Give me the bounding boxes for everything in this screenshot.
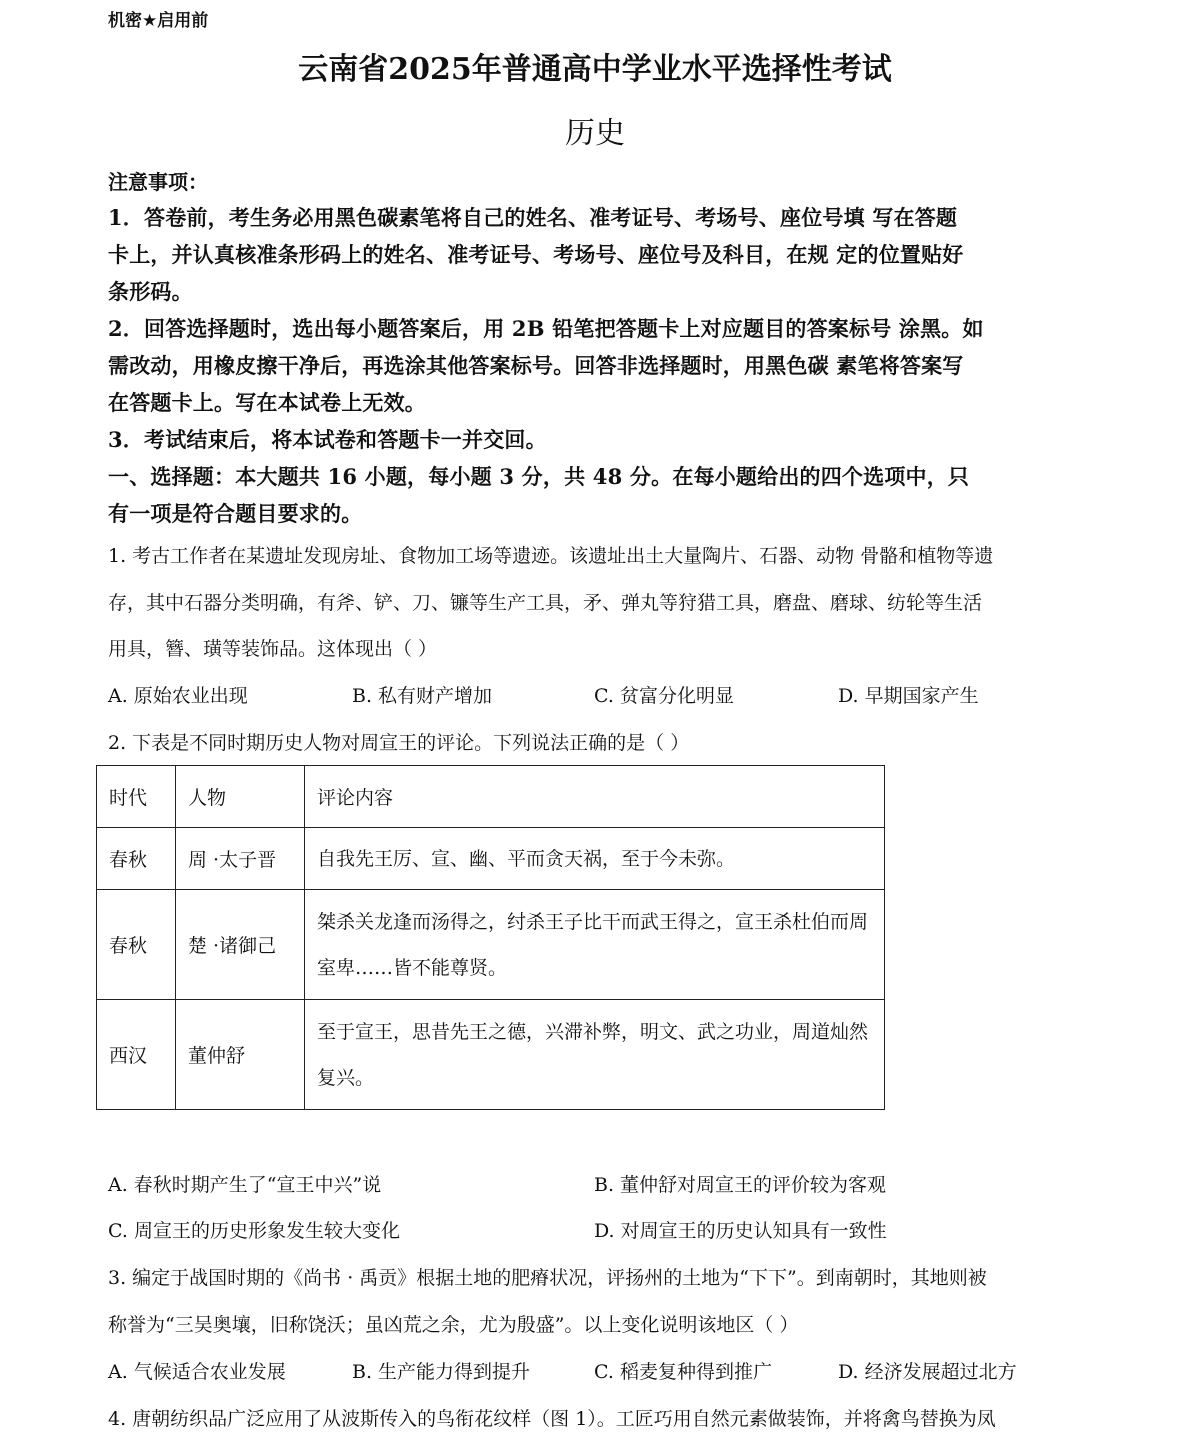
question-2-option-b: B. 董仲舒对周宣王的评价较为客观 <box>594 1170 886 1197</box>
table-header-row: 时代 人物 评论内容 <box>97 766 885 828</box>
table-cell-era: 春秋 <box>97 828 176 890</box>
table-cell-person: 楚 ·诸御己 <box>176 890 305 1000</box>
question-4-text: 4. 唐朝纺织品广泛应用了从波斯传入的鸟衔花纹样（图 1）。工匠巧用自然元素做装… <box>108 1404 996 1431</box>
table-cell-person: 董仲舒 <box>176 1000 305 1110</box>
question-3-option-c: C. 稻麦复种得到推广 <box>594 1357 772 1384</box>
commentary-table: 时代 人物 评论内容 春秋 周 ·太子晋 自我先王厉、宣、幽、平而贪天祸，至于今… <box>96 765 885 1110</box>
question-1-text: 1. 考古工作者在某遗址发现房址、食物加工场等遗迹。该遗址出土大量陶片、石器、动… <box>108 541 993 568</box>
table-cell-comment: 桀杀关龙逢而汤得之，纣杀王子比干而武王得之，宣王杀杜伯而周室卑……皆不能尊贤。 <box>305 890 885 1000</box>
table-header: 人物 <box>176 766 305 828</box>
table-row: 西汉 董仲舒 至于宣王，思昔先王之德，兴滞补弊，明文、武之功业，周道灿然复兴。 <box>97 1000 885 1110</box>
section-heading: 一、选择题：本大题共 16 小题，每小题 3 分，共 48 分。在每小题给出的四… <box>108 461 969 491</box>
notice-line: 卡上，并认真核准条形码上的姓名、准考证号、考场号、座位号及科目，在规 定的位置贴… <box>108 239 964 269</box>
table-cell-person: 周 ·太子晋 <box>176 828 305 890</box>
question-1-text: 存，其中石器分类明确，有斧、铲、刀、镰等生产工具，矛、弹丸等狩猎工具，磨盘、磨球… <box>108 588 982 615</box>
notice-line: 3．考试结束后，将本试卷和答题卡一并交回。 <box>108 424 547 454</box>
notice-line: 2．回答选择题时，选出每小题答案后，用 2B 铅笔把答题卡上对应题目的答案标号 … <box>108 313 984 343</box>
notice-line: 1．答卷前，考生务必用黑色碳素笔将自己的姓名、准考证号、考场号、座位号填 写在答… <box>108 202 957 232</box>
question-3-text: 称誉为“三吴奥壤，旧称饶沃；虽凶荒之余，尤为殷盛”。以上变化说明该地区（ ） <box>108 1310 798 1337</box>
table-cell-comment: 自我先王厉、宣、幽、平而贪天祸，至于今未弥。 <box>305 828 885 890</box>
table-cell-comment: 至于宣王，思昔先王之德，兴滞补弊，明文、武之功业，周道灿然复兴。 <box>305 1000 885 1110</box>
question-1-text: 用具，簪、璜等装饰品。这体现出（ ） <box>108 634 437 661</box>
question-1-option-d: D. 早期国家产生 <box>838 681 979 708</box>
subject-title: 历史 <box>0 108 1190 152</box>
question-2-option-d: D. 对周宣王的历史认知具有一致性 <box>594 1216 887 1243</box>
question-1-option-c: C. 贫富分化明显 <box>594 681 734 708</box>
question-1-option-a: A. 原始农业出现 <box>108 681 248 708</box>
table-header: 时代 <box>97 766 176 828</box>
notice-line: 在答题卡上。写在本试卷上无效。 <box>108 387 426 417</box>
table-row: 春秋 楚 ·诸御己 桀杀关龙逢而汤得之，纣杀王子比干而武王得之，宣王杀杜伯而周室… <box>97 890 885 1000</box>
table-header: 评论内容 <box>305 766 885 828</box>
question-2-option-c: C. 周宣王的历史形象发生较大变化 <box>108 1216 400 1243</box>
notice-line: 需改动，用橡皮擦干净后，再选涂其他答案标号。回答非选择题时，用黑色碳 素笔将答案… <box>108 350 964 380</box>
question-3-option-b: B. 生产能力得到提升 <box>352 1357 530 1384</box>
confidential-label: 机密★启用前 <box>108 6 208 31</box>
notice-heading: 注意事项： <box>108 166 208 195</box>
question-1-option-b: B. 私有财产增加 <box>352 681 492 708</box>
question-2-text: 2. 下表是不同时期历史人物对周宣王的评论。下列说法正确的是（ ） <box>108 728 689 755</box>
question-3-option-a: A. 气候适合农业发展 <box>108 1357 286 1384</box>
notice-line: 条形码。 <box>108 276 193 306</box>
question-3-text: 3. 编定于战国时期的《尚书 · 禹贡》根据土地的肥瘠状况，评扬州的土地为“下下… <box>108 1263 987 1290</box>
section-heading: 有一项是符合题目要求的。 <box>108 498 362 528</box>
table-cell-era: 春秋 <box>97 890 176 1000</box>
table-row: 春秋 周 ·太子晋 自我先王厉、宣、幽、平而贪天祸，至于今未弥。 <box>97 828 885 890</box>
exam-title: 云南省2025年普通高中学业水平选择性考试 <box>0 44 1190 88</box>
question-2-option-a: A. 春秋时期产生了“宣王中兴”说 <box>108 1170 381 1197</box>
table-cell-era: 西汉 <box>97 1000 176 1110</box>
question-3-option-d: D. 经济发展超过北方 <box>838 1357 1017 1384</box>
